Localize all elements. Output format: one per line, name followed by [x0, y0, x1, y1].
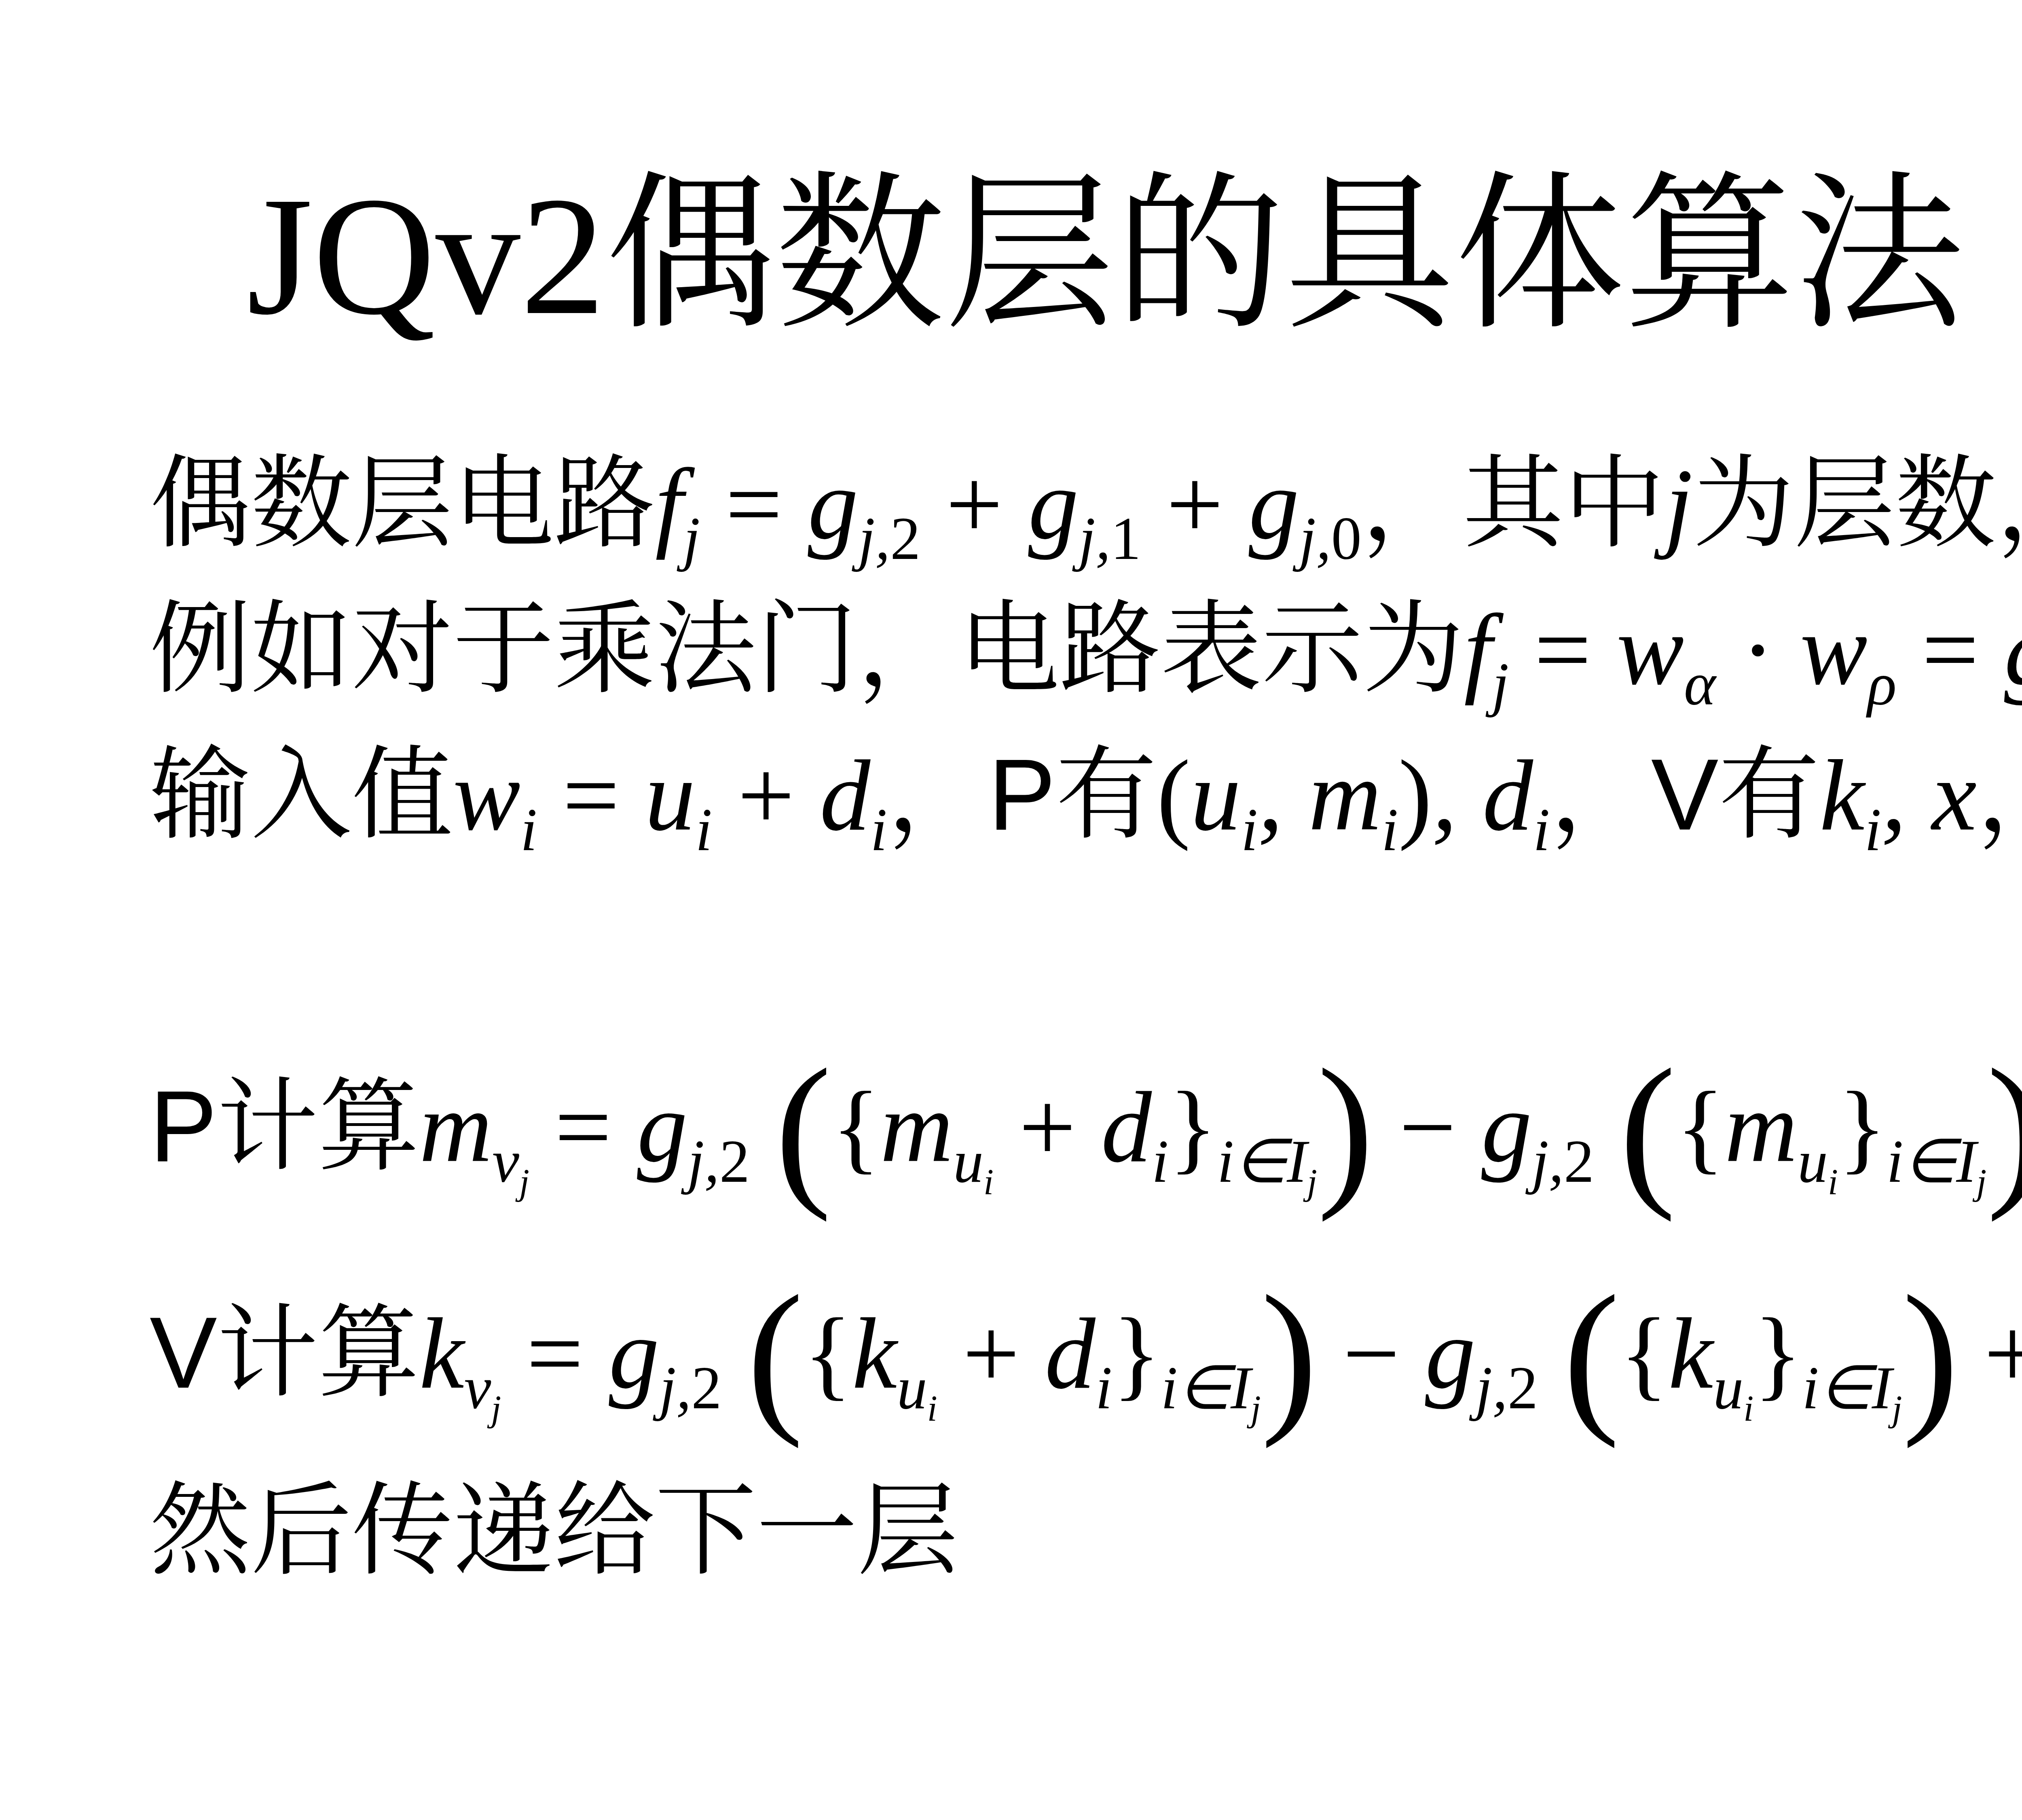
text: V计算: [150, 1296, 419, 1409]
formula: (ui, mi), di: [1157, 740, 1550, 852]
text: 输入值: [150, 738, 453, 851]
slide-title: JQv2偶数层的具体算法: [247, 170, 1964, 341]
line-2: 例如对于乘法门，电路表示为fj = wα · wρ = gj,2: [150, 599, 2022, 715]
formula: fj = gj,2 + gj,1 + gj,0: [655, 449, 1362, 561]
line-1: 偶数层电路fj = gj,2 + gj,1 + gj,0，其中j为层数，g的后一…: [150, 453, 2022, 569]
text: 然后传递给下一层: [150, 1474, 958, 1587]
text: ，其中: [1362, 447, 1665, 560]
line-6: 然后传递给下一层: [150, 1480, 958, 1581]
formula: mvj = gj,2 ({mui + di}i∈Ij) − gj,2 ({mui…: [419, 1071, 2022, 1183]
text: 偶数层电路: [150, 447, 655, 560]
text: 例如对于乘法门，电路表示为: [150, 593, 1464, 705]
slide-title-latin: JQv2: [247, 162, 605, 350]
text: P计算: [150, 1070, 419, 1183]
line-3: 输入值wi = ui + di，P有(ui, mi), di，V有ki, x，其…: [150, 744, 2022, 860]
slide-title-cjk: 偶数层的具体算法: [605, 160, 1964, 349]
text: 为层数，: [1693, 447, 2022, 560]
formula: kvj = gj,2 ({kui + di}i∈Ij) − gj,2 ({kui…: [419, 1298, 2022, 1410]
line-5: V计算kvj = gj,2 ({kui + di}i∈Ij) − gj,2 ({…: [150, 1270, 2022, 1440]
formula: fj = wα · wρ = gj,2: [1464, 594, 2022, 706]
formula: wi = ui + di: [453, 740, 887, 852]
formula: j: [1665, 449, 1693, 561]
text: ，V有: [1550, 738, 1820, 851]
formula: ki, x: [1819, 740, 1977, 852]
text: ，其中: [1977, 738, 2022, 851]
text: ，P有: [887, 738, 1157, 851]
line-4: P计算mvj = gj,2 ({mui + di}i∈Ij) − gj,2 ({…: [150, 1043, 2022, 1213]
